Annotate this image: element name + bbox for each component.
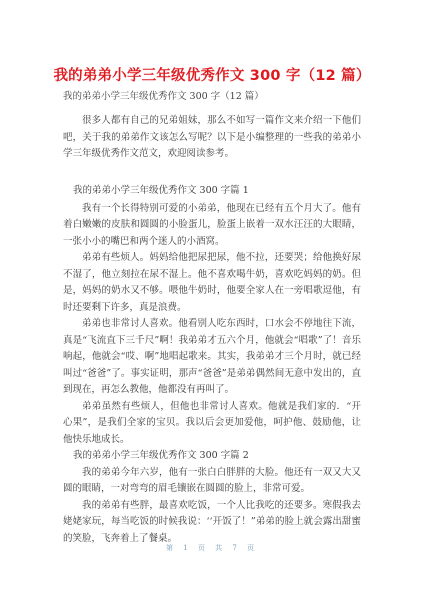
section-heading-2: 我的弟弟小学三年级优秀作文 300 字篇 2 [63,448,361,465]
document-title: 我的弟弟小学三年级优秀作文 300 字（12 篇） [0,64,424,85]
section-heading-1: 我的弟弟小学三年级优秀作文 300 字篇 1 [63,183,361,200]
section-2-paragraph-1: 我的弟弟今年六岁，他有一张白白胖胖的大脸。他还有一双又大又圆的眼睛，一对弯弯的眉… [63,465,361,498]
section-1-paragraph-1: 我有一个长得特别可爱的小弟弟，他现在已经有五个月大了。他有着白嫩嫩的皮肤和圆圆的… [63,201,361,251]
page-footer: 第 1 页 共 7 页 [0,543,424,553]
intro-paragraph: 很多人都有自己的兄弟姐妹，那么不如写一篇作文来介绍一下他们吧，关于我的弟弟作文该… [63,113,361,163]
intro-block: 很多人都有自己的兄弟姐妹，那么不如写一篇作文来介绍一下他们吧，关于我的弟弟作文该… [63,113,361,163]
document-page: 我的弟弟小学三年级优秀作文 300 字（12 篇） 我的弟弟小学三年级优秀作文 … [0,0,424,600]
section-1-paragraph-3: 弟弟也非常讨人喜欢。他看别人吃东西时，口水会不停地往下流，真是“飞流直下三千尺”… [63,316,361,399]
section-1-paragraph-4: 弟弟虽然有些烦人，但他也非常讨人喜欢。他就是我们家的．“开心果”，是我们全家的宝… [63,399,361,449]
section-2-paragraph-2: 我的弟弟有些胖，最喜欢吃饭，一个人比我吃的还要多。寒假我去姥姥家玩，每当吃饭的时… [63,498,361,548]
essay-sections: 我的弟弟小学三年级优秀作文 300 字篇 1 我有一个长得特别可爱的小弟弟，他现… [63,183,361,547]
section-1-paragraph-2: 弟弟有些烦人。妈妈给他把尿把尿，他不拉，还要哭；给他换好尿不湿了，他立刻拉在尿不… [63,250,361,316]
document-subtitle: 我的弟弟小学三年级优秀作文 300 字（12 篇） [63,88,264,102]
